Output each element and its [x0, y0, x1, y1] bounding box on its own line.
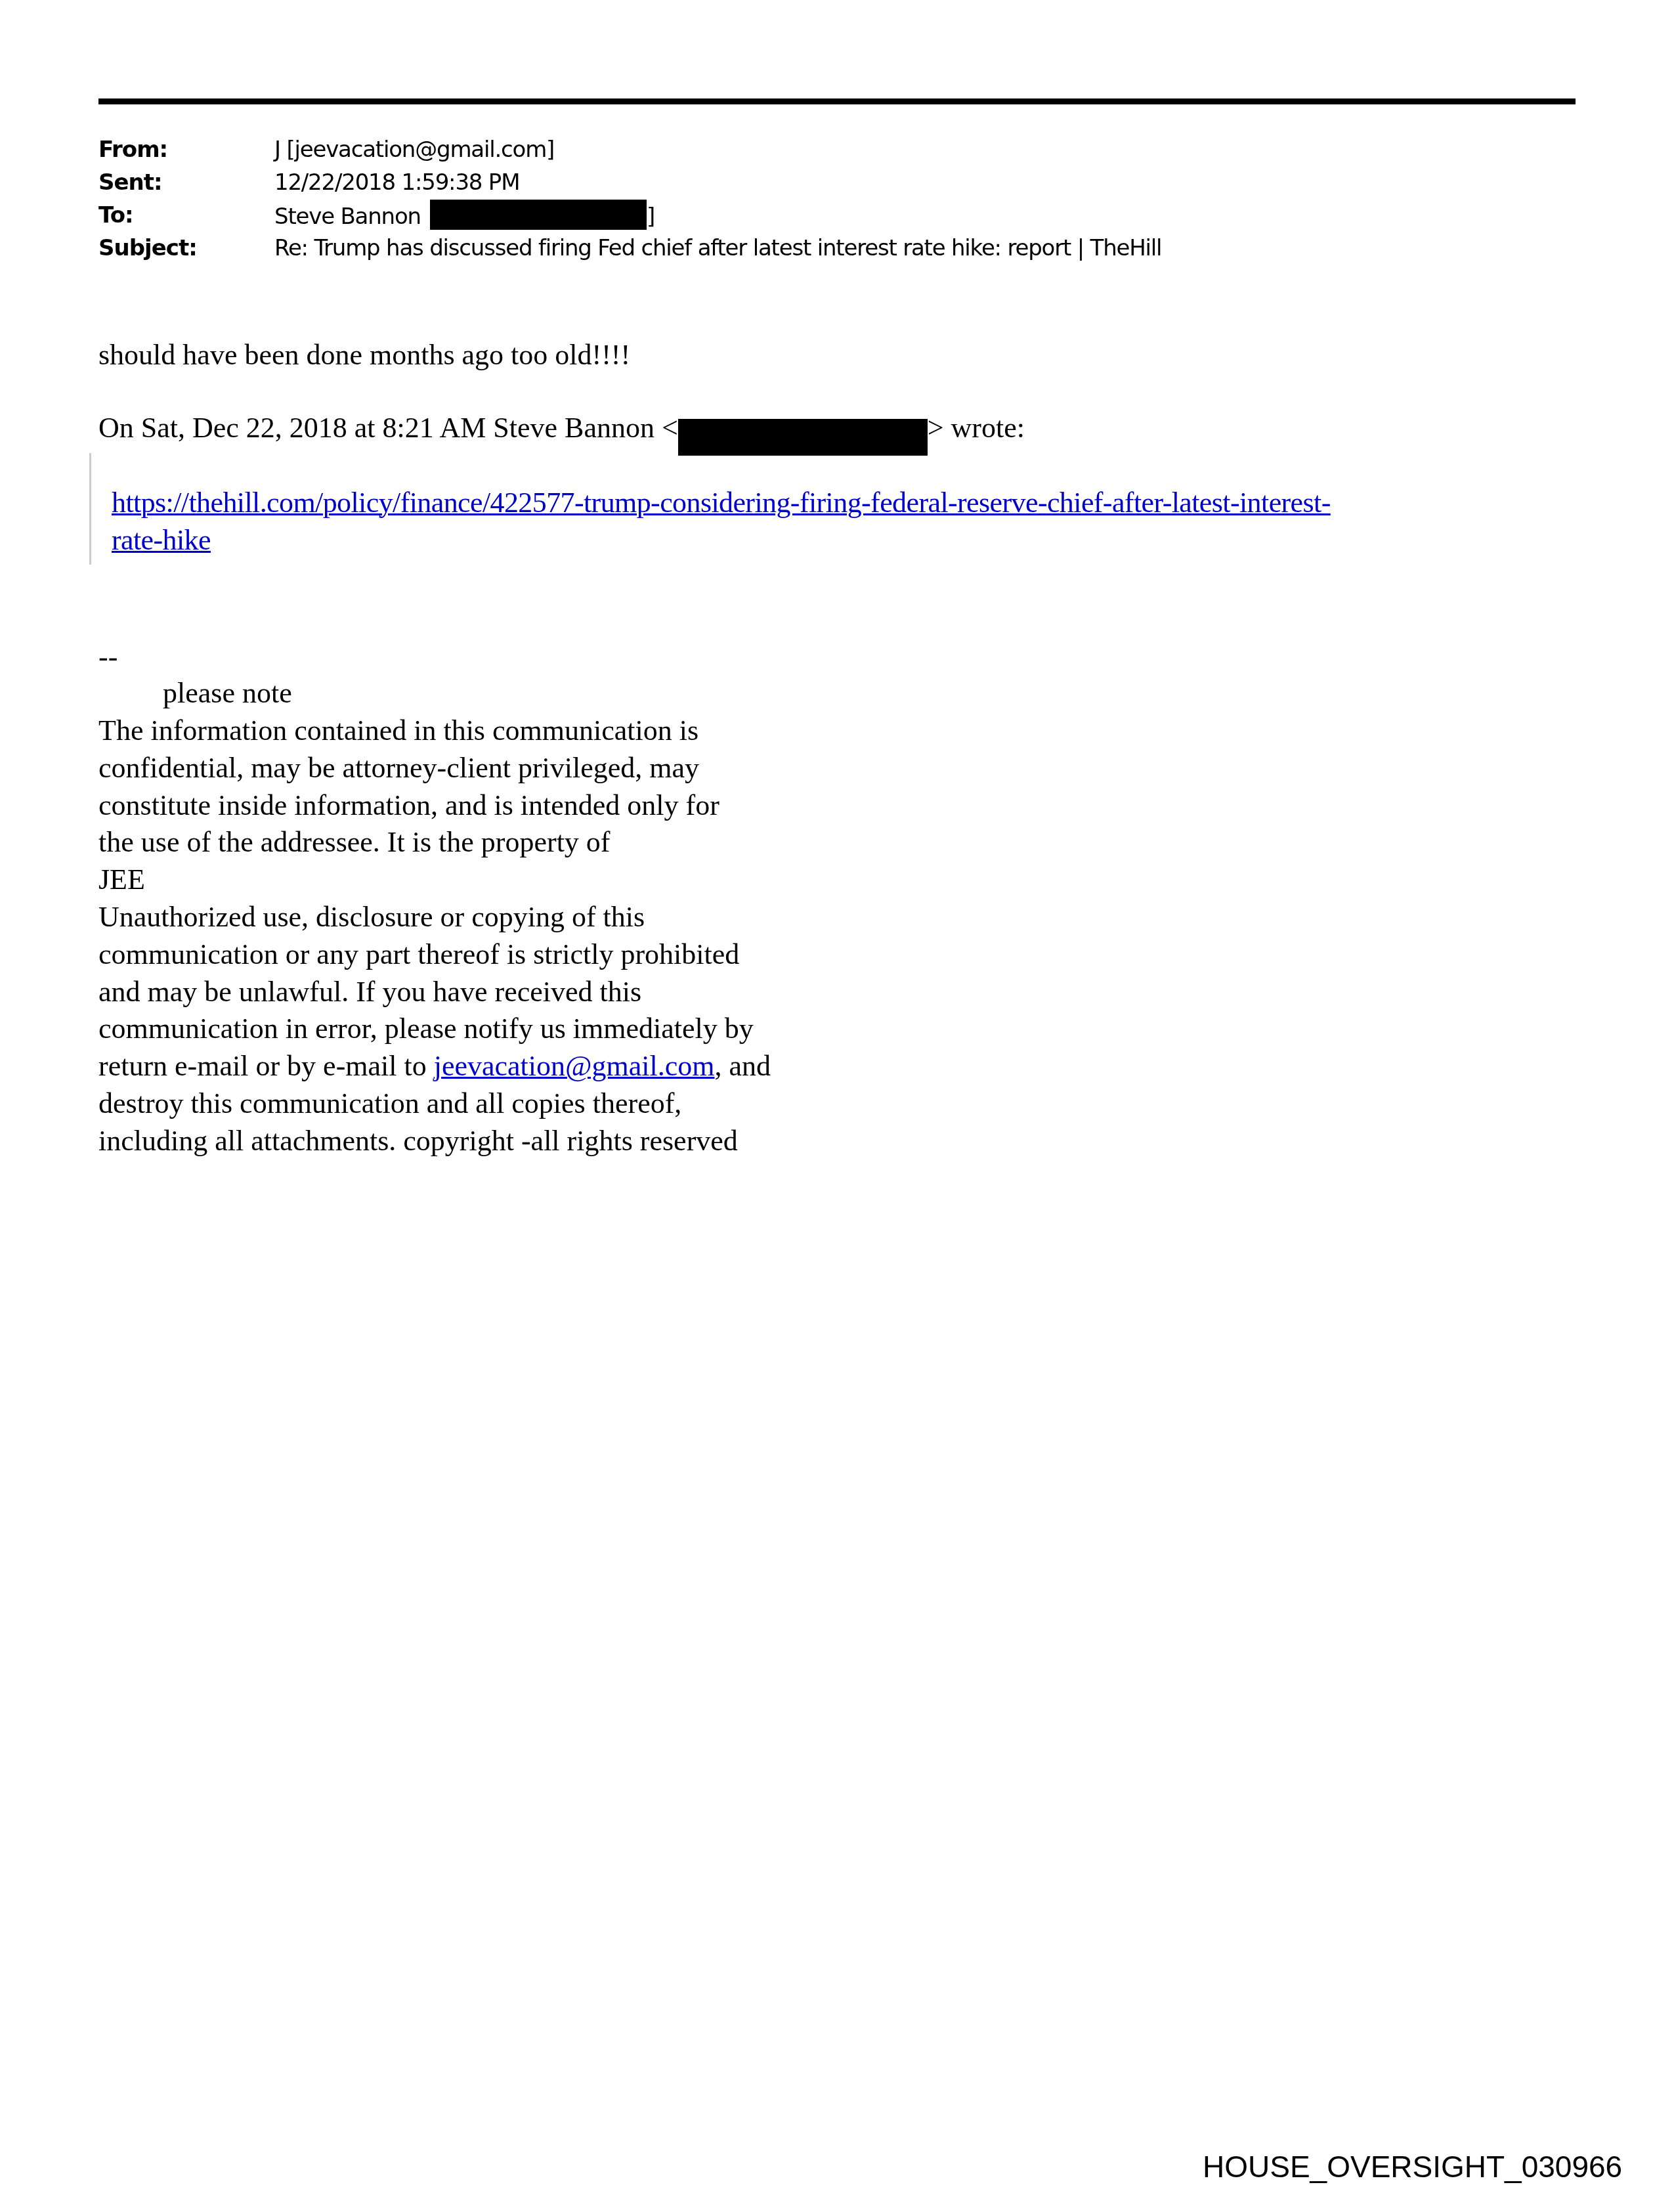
- disclaimer-line: confidential, may be attorney-client pri…: [98, 751, 699, 785]
- sent-value: 12/22/2018 1:59:38 PM: [274, 169, 519, 196]
- redaction-block: [678, 419, 928, 456]
- signature-note: please note: [163, 676, 292, 710]
- reply-text: should have been done months ago too old…: [98, 338, 630, 372]
- disclaimer-line: destroy this communication and all copie…: [98, 1087, 681, 1120]
- to-label: To:: [98, 202, 133, 228]
- disclaimer-line: including all attachments. copyright -al…: [98, 1124, 738, 1158]
- from-value: J [jeevacation@gmail.com]: [274, 137, 554, 163]
- disclaimer-line: constitute inside information, and is in…: [98, 789, 719, 822]
- quote-bar: [89, 453, 91, 565]
- redaction-block: [430, 200, 647, 230]
- quote-attribution: On Sat, Dec 22, 2018 at 8:21 AM Steve Ba…: [98, 411, 1025, 449]
- disclaimer-line: communication or any part thereof is str…: [98, 938, 739, 971]
- disclaimer-email-line: return e-mail or by e-mail to jeevacatio…: [98, 1049, 771, 1083]
- subject-value: Re: Trump has discussed firing Fed chief…: [274, 235, 1161, 261]
- to-value: Steve Bannon: [274, 204, 421, 230]
- disclaimer-line: communication in error, please notify us…: [98, 1012, 754, 1045]
- quote-attribution-suffix: > wrote:: [928, 412, 1025, 444]
- quote-attribution-prefix: On Sat, Dec 22, 2018 at 8:21 AM Steve Ba…: [98, 412, 678, 444]
- header-divider: [98, 98, 1576, 104]
- subject-label: Subject:: [98, 235, 197, 261]
- bates-number: HOUSE_OVERSIGHT_030966: [1203, 2149, 1622, 2184]
- document-page: From: J [jeevacation@gmail.com] Sent: 12…: [0, 0, 1674, 2212]
- signature-separator: --: [98, 640, 118, 674]
- quoted-article-link[interactable]: https://thehill.com/policy/finance/42257…: [112, 486, 1331, 519]
- disclaimer-line: the use of the addressee. It is the prop…: [98, 825, 611, 859]
- disclaimer-line: JEE: [98, 863, 145, 896]
- quoted-article-link-continued[interactable]: rate-hike: [112, 523, 211, 557]
- from-label: From:: [98, 137, 167, 163]
- disclaimer-line: The information contained in this commun…: [98, 714, 698, 747]
- disclaimer-email-suffix: , and: [715, 1050, 771, 1082]
- disclaimer-line: Unauthorized use, disclosure or copying …: [98, 900, 645, 934]
- disclaimer-line: and may be unlawful. If you have receive…: [98, 975, 641, 1008]
- disclaimer-email-prefix: return e-mail or by e-mail to: [98, 1050, 434, 1082]
- to-value-wrap: Steve Bannon]: [274, 202, 655, 232]
- to-closing-bracket: ]: [647, 204, 655, 230]
- disclaimer-email-link[interactable]: jeevacation@gmail.com: [434, 1050, 715, 1082]
- sent-label: Sent:: [98, 169, 162, 196]
